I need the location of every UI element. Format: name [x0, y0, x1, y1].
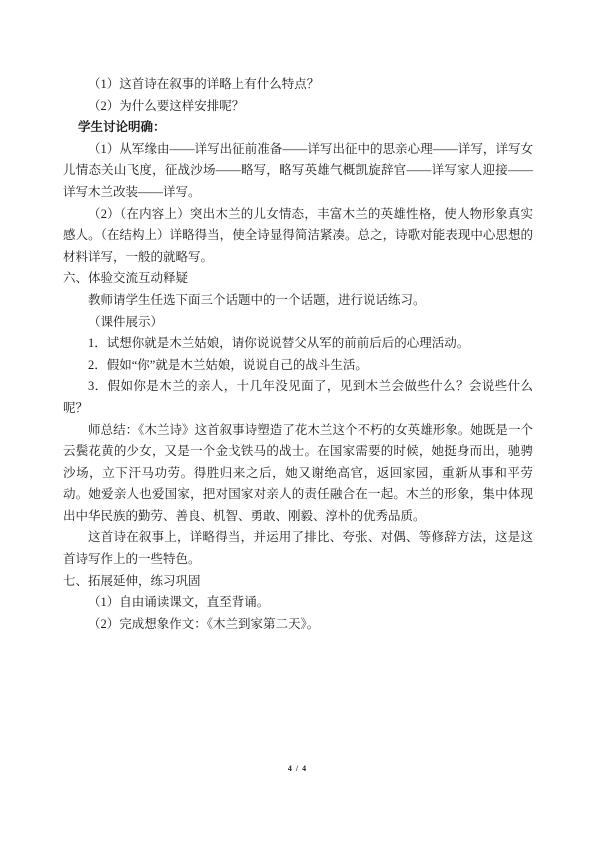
paragraph: 3．假如你是木兰的亲人，十几年没见面了，见到木兰会做些什么？会说些什么呢？	[63, 376, 533, 419]
paragraph: （1）从军缘由——详写出征前准备——详写出征中的思亲心理——详写，详写女儿情态关…	[63, 139, 533, 204]
paragraph: 2．假如“你”就是木兰姑娘，说说自己的战斗生活。	[63, 355, 533, 377]
paragraph: （2）（在内容上）突出木兰的儿女情态，丰富木兰的英雄性格，使人物形象真实感人。（…	[63, 204, 533, 269]
paragraph: 师总结：《木兰诗》这首叙事诗塑造了花木兰这个不朽的女英雄形象。她既是一个云鬓花黄…	[63, 420, 533, 528]
paragraph: 1．试想你就是木兰姑娘，请你说说替父从军的前前后后的心理活动。	[63, 333, 533, 355]
document-page: （1）这首诗在叙事的详略上有什么特点？（2）为什么要这样安排呢？学生讨论明确：（…	[0, 0, 595, 842]
paragraph: （2）为什么要这样安排呢？	[63, 96, 533, 118]
page-number: 4 / 4	[0, 764, 595, 773]
paragraph: 教师请学生任选下面三个话题中的一个话题，进行说话练习。	[63, 290, 533, 312]
paragraph: （1）这首诗在叙事的详略上有什么特点？	[63, 74, 533, 96]
section-heading: 七、拓展延伸，练习巩固	[63, 571, 533, 593]
section-heading: 六、体验交流互动释疑	[63, 268, 533, 290]
paragraph: 这首诗在叙事上，详略得当，并运用了排比、夸张、对偶、等修辞方法，这是这首诗写作上…	[63, 527, 533, 570]
document-body: （1）这首诗在叙事的详略上有什么特点？（2）为什么要这样安排呢？学生讨论明确：（…	[63, 74, 533, 635]
paragraph: （1）自由诵读课文，直至背诵。	[63, 592, 533, 614]
paragraph: （课件展示）	[63, 312, 533, 334]
paragraph: （2）完成想象作文：《木兰到家第二天》。	[63, 614, 533, 636]
paragraph: 学生讨论明确：	[63, 117, 533, 139]
